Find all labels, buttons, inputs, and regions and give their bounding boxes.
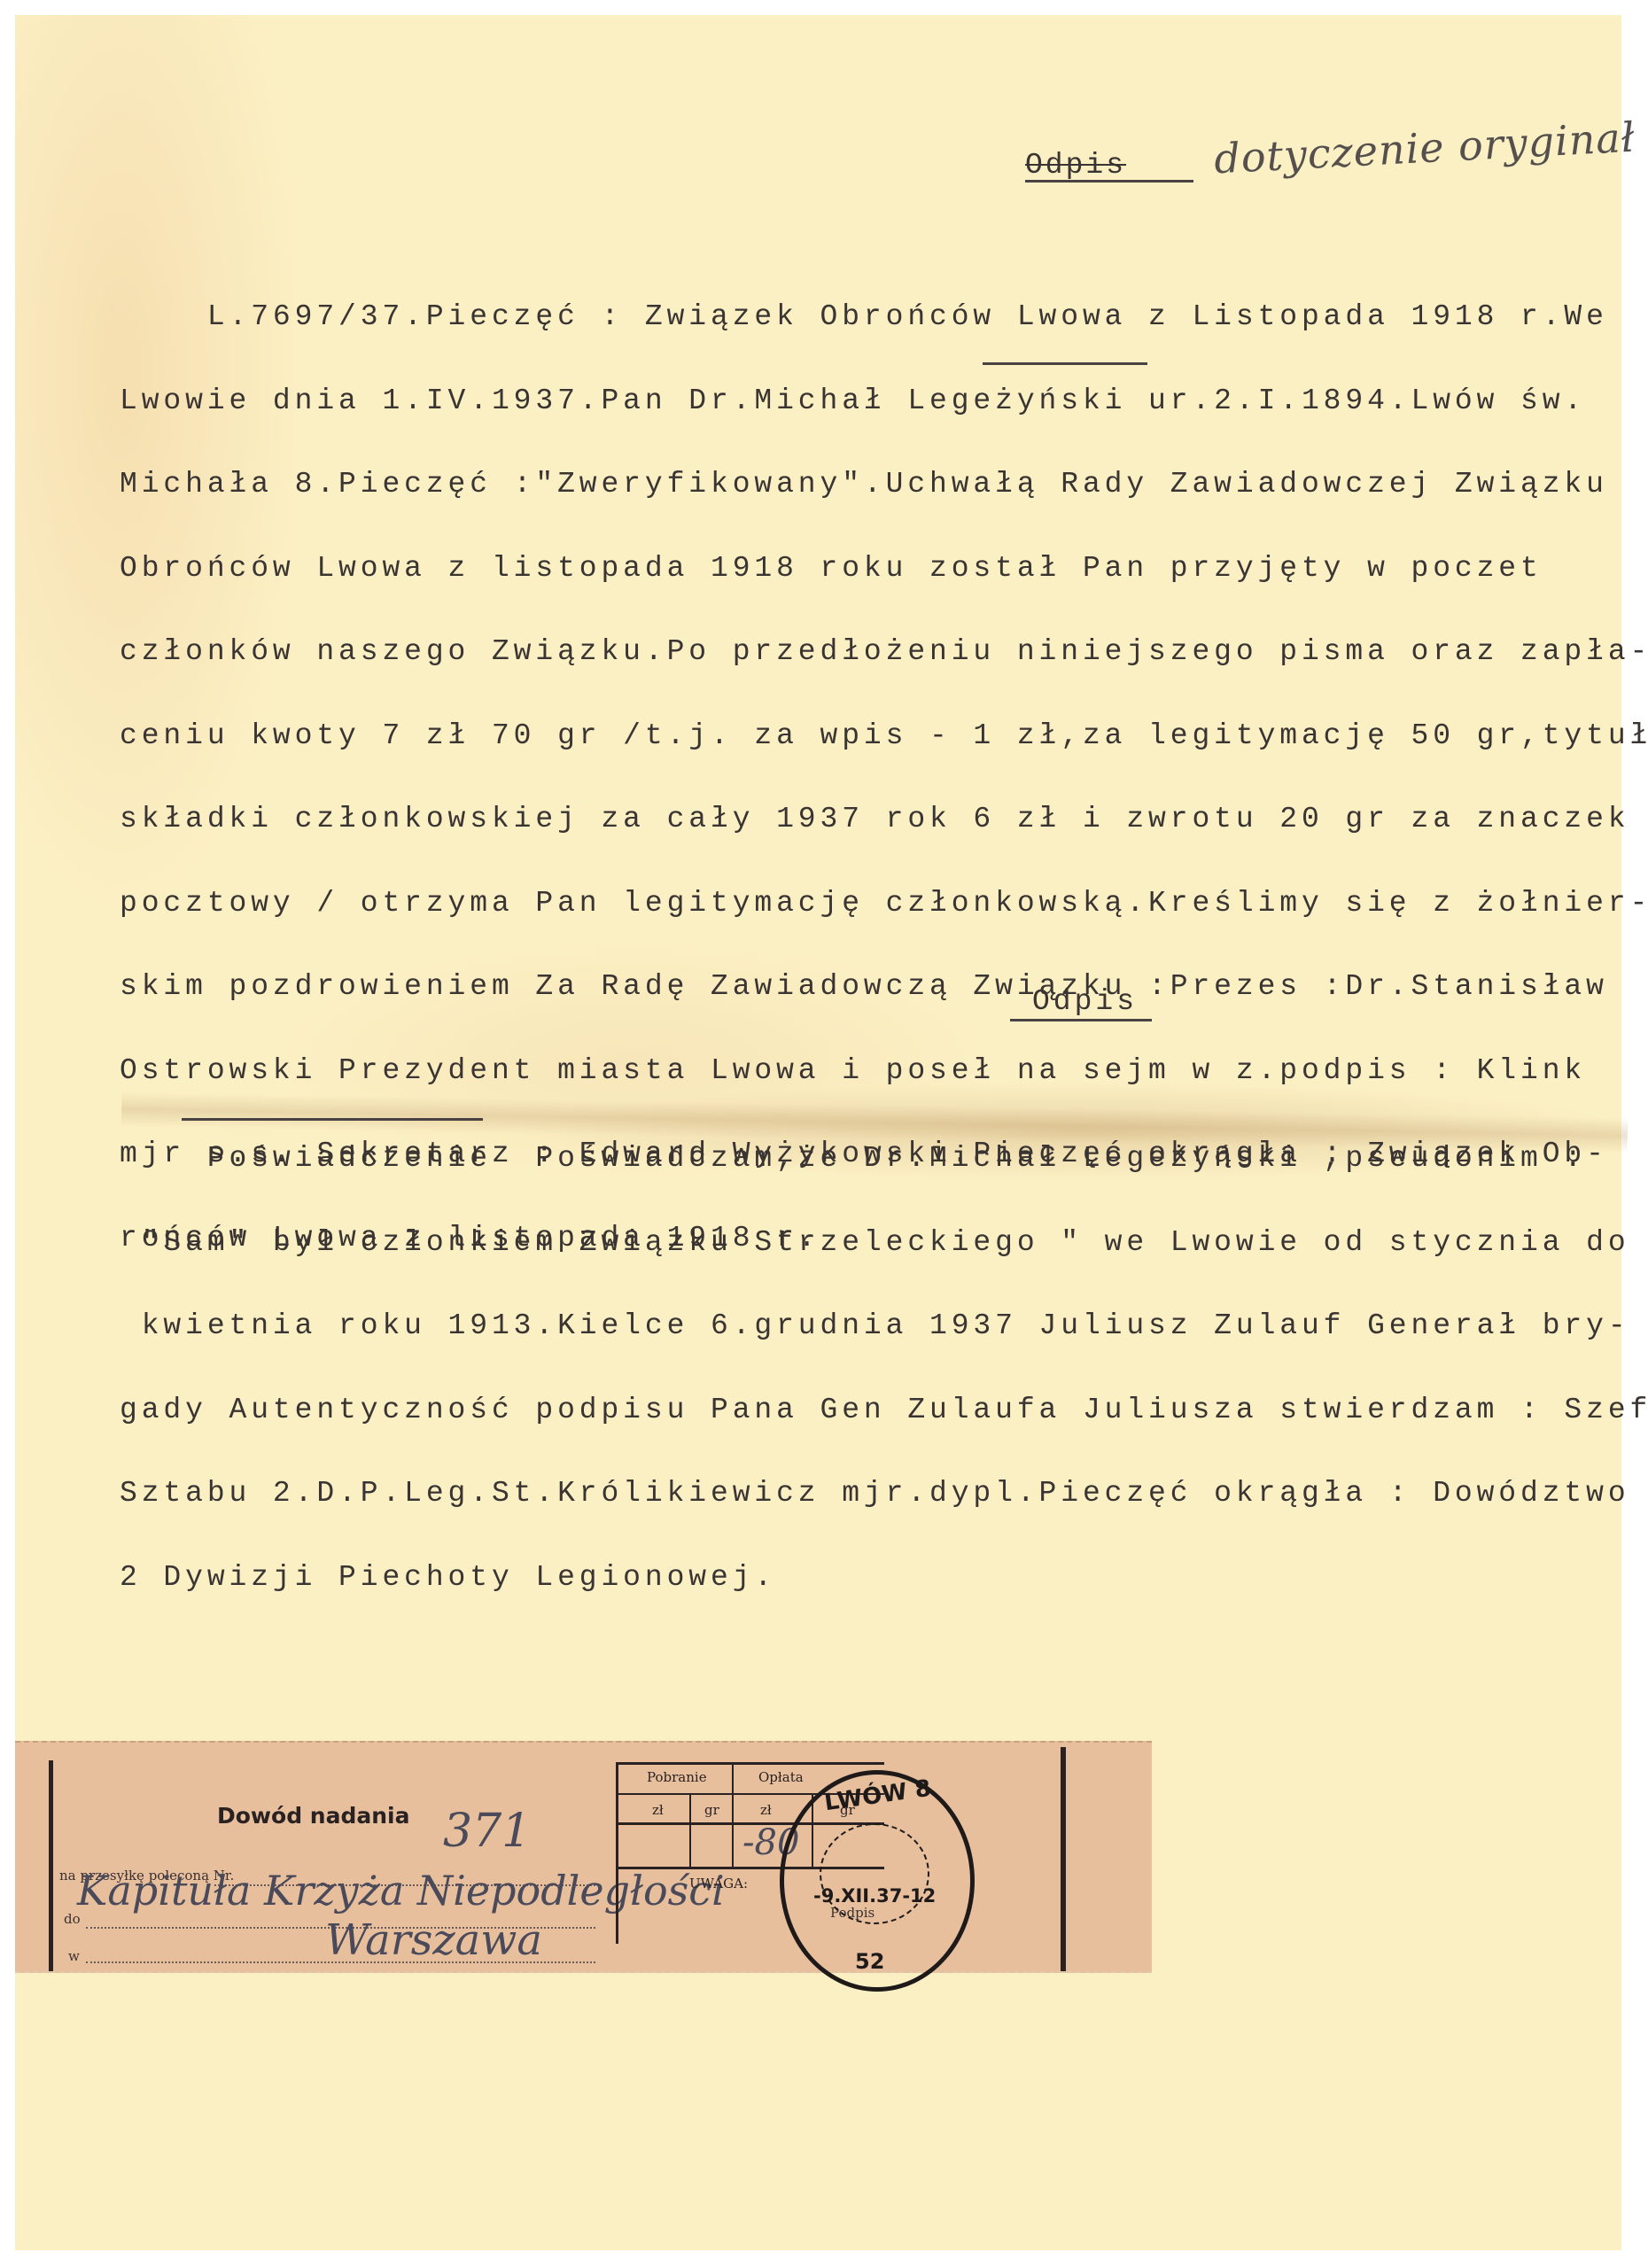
header-underline xyxy=(1025,180,1193,183)
text-line: pocztowy / otrzyma Pan legitymację człon… xyxy=(120,889,1648,918)
handwritten-number: 371 xyxy=(443,1805,531,1858)
poswiadczenie-underline xyxy=(182,1118,483,1121)
postmark-date: -9.XII.37-12 xyxy=(813,1885,936,1907)
text-line: Obrońców Lwowa z listopada 1918 roku zos… xyxy=(120,555,1648,583)
przyjety-underline xyxy=(983,362,1147,365)
sub-zl: zł xyxy=(760,1802,772,1818)
second-odpis-heading: Odpis xyxy=(1032,985,1138,1018)
text-line: członków naszego Związku.Po przedłożeniu… xyxy=(120,638,1648,666)
text-line: Lwowie dnia 1.IV.1937.Pan Dr.Michał Lege… xyxy=(120,387,1648,416)
postal-receipt-slip: Dowód nadania na przesyłkę poleconą Nr. … xyxy=(15,1741,1152,1973)
postmark-number: 52 xyxy=(855,1949,884,1974)
certificate-text: Poświadczenie Poświadczam,że Dr.Michał L… xyxy=(120,1089,1648,1619)
postmark-inner-ring xyxy=(820,1823,929,1924)
text-line: 2 Dywizji Piechoty Legionowej. xyxy=(120,1564,1648,1592)
text-line: skim pozdrowieniem Za Radę Zawiadowczą Z… xyxy=(120,973,1648,1001)
text-line: L.7697/37.Pieczęć : Związek Obrońców Lwo… xyxy=(120,303,1648,331)
sub-zl: zł xyxy=(652,1802,664,1818)
table-top-line xyxy=(618,1762,884,1765)
table-col-divider xyxy=(689,1793,691,1867)
text-line: Poświadczenie Poświadczam,że Dr.Michał L… xyxy=(120,1145,1648,1173)
header-typed-odpis: Odpis xyxy=(1025,149,1126,182)
text-line: Ostrowski Prezydent miasta Lwowa i poseł… xyxy=(120,1057,1648,1085)
text-line: Michała 8.Pieczęć :"Zweryfikowany".Uchwa… xyxy=(120,470,1648,499)
slip-left-border xyxy=(49,1760,53,1971)
col-pobranie: Pobranie xyxy=(647,1769,707,1785)
text-line: gady Autentyczność podpisu Pana Gen Zula… xyxy=(120,1396,1648,1425)
second-odpis-underline xyxy=(1010,1019,1152,1021)
table-col-divider xyxy=(732,1762,734,1867)
text-line: "Sam" był członkiem Związku Strzeleckieg… xyxy=(120,1229,1648,1257)
col-oplata: Opłata xyxy=(758,1769,804,1785)
text-line: Sztabu 2.D.P.Leg.St.Królikiewicz mjr.dyp… xyxy=(120,1480,1648,1508)
receipt-title: Dowód nadania xyxy=(217,1803,409,1829)
text-line: składki członkowskiej za cały 1937 rok 6… xyxy=(120,805,1648,834)
sub-gr: gr xyxy=(704,1802,719,1818)
text-line: ceniu kwoty 7 zł 70 gr /t.j. za wpis - 1… xyxy=(120,722,1648,750)
note-label: UWAGA: xyxy=(689,1876,748,1891)
handwritten-city: Warszawa xyxy=(325,1915,542,1965)
slip-right-border xyxy=(1061,1747,1066,1971)
in-label: w xyxy=(68,1948,80,1964)
text-line: kwietnia roku 1913.Kielce 6.grudnia 1937… xyxy=(120,1312,1648,1340)
